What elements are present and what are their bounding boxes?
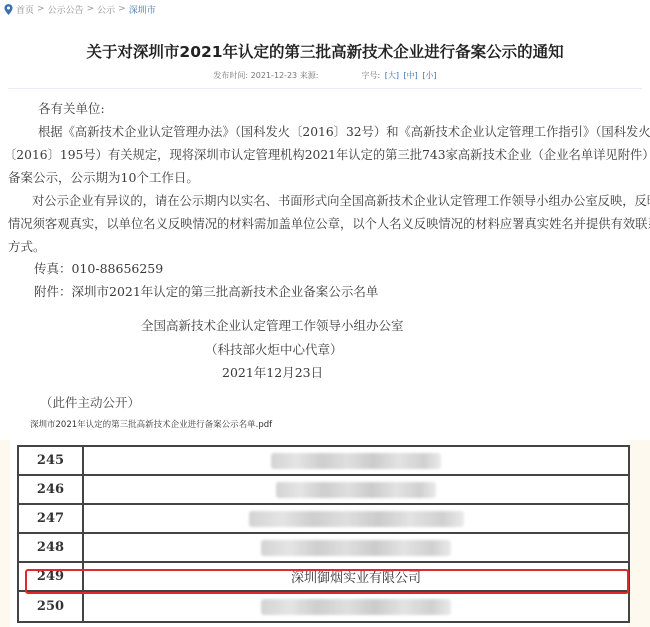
publish-label: 发布时间: xyxy=(213,71,248,80)
publish-date: 2021-12-23 xyxy=(251,71,298,80)
breadcrumb-announcements[interactable]: 公示公告 xyxy=(48,3,84,16)
row-number: 250 xyxy=(17,592,84,621)
paragraph-2-line-3: 方式。 xyxy=(8,236,46,259)
company-list-table-image: 245 246 247 248 249 深圳御烟实业有限公司 250 xyxy=(0,440,650,627)
paragraph-1-line-1: 根据《高新技术企业认定管理办法》（国科发火〔2016〕32号）和《高新技术企业认… xyxy=(38,121,650,144)
breadcrumb-separator: > xyxy=(87,4,95,14)
breadcrumb-home[interactable]: 首页 xyxy=(16,3,34,16)
company-name-blurred xyxy=(84,505,630,532)
font-size-large[interactable]: [大] xyxy=(385,71,399,80)
breadcrumb-shenzhen[interactable]: 深圳市 xyxy=(129,3,156,16)
location-pin-icon xyxy=(4,4,13,15)
breadcrumb-separator: > xyxy=(37,4,45,14)
public-note: （此件主动公开） xyxy=(40,393,140,411)
font-size-small[interactable]: [小] xyxy=(422,71,436,80)
fax-number: 传真：010-88656259 xyxy=(34,258,163,281)
company-name-blurred xyxy=(84,592,630,621)
row-number: 246 xyxy=(17,476,84,503)
company-name-blurred xyxy=(84,447,630,474)
paragraph-2-line-1: 对公示企业有异议的，请在公示期内以实名、书面形式向全国高新技术企业认定管理工作领… xyxy=(32,190,650,213)
row-number: 247 xyxy=(17,505,84,532)
salutation: 各有关单位: xyxy=(38,98,105,121)
page-title: 关于对深圳市2021年认定的第三批高新技术企业进行备案公示的通知 xyxy=(0,40,650,62)
article-meta: 发布时间: 2021-12-23 来源: 字号: [大] [中] [小] xyxy=(0,70,650,81)
signature-date: 2021年12月23日 xyxy=(222,363,323,381)
attachment-label: 附件：深圳市2021年认定的第三批高新技术企业备案公示名单 xyxy=(34,281,378,304)
table-row: 245 xyxy=(17,445,630,474)
breadcrumb-separator: > xyxy=(118,4,126,14)
table-row: 248 xyxy=(17,532,630,561)
company-name-blurred xyxy=(84,534,630,561)
signature-seal: （科技部火炬中心代章） xyxy=(205,340,343,358)
header-divider xyxy=(8,88,642,89)
table-row: 247 xyxy=(17,503,630,532)
highlight-box xyxy=(25,569,629,594)
table-row: 250 xyxy=(17,590,630,623)
pdf-attachment-link[interactable]: 深圳市2021年认定的第三批高新技术企业进行备案公示名单.pdf xyxy=(30,418,272,430)
row-number: 248 xyxy=(17,534,84,561)
row-number: 245 xyxy=(17,447,84,474)
breadcrumb-public-notice[interactable]: 公示 xyxy=(97,3,115,16)
paragraph-2-line-2: 情况须客观真实，以单位名义反映情况的材料需加盖单位公章，以个人名义反映情况的材料… xyxy=(8,213,650,236)
font-size-medium[interactable]: [中] xyxy=(404,71,418,80)
paragraph-1-line-2: 〔2016〕195号）有关规定，现将深圳市认定管理机构2021年认定的第三批74… xyxy=(4,144,650,167)
table-row: 246 xyxy=(17,474,630,503)
breadcrumb: 首页 > 公示公告 > 公示 > 深圳市 xyxy=(4,2,156,16)
company-name-blurred xyxy=(84,476,630,503)
source-label: 来源: xyxy=(300,71,319,80)
font-size-label: 字号: xyxy=(362,71,381,80)
paragraph-1-line-3: 备案公示，公示期为10个工作日。 xyxy=(8,167,199,190)
signature-org: 全国高新技术企业认定管理工作领导小组办公室 xyxy=(141,316,404,334)
